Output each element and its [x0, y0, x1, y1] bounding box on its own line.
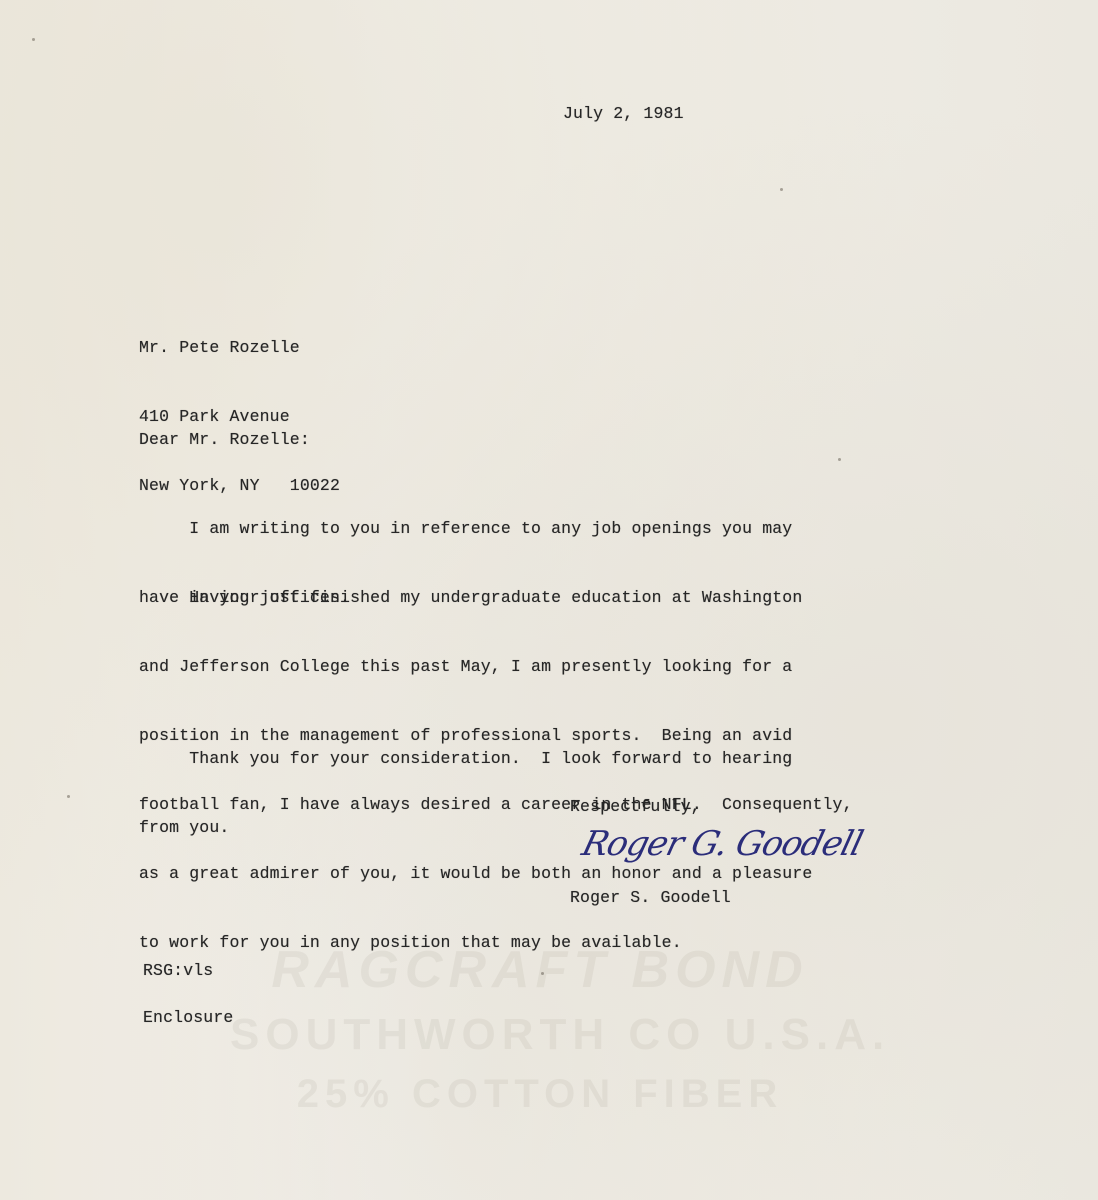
paper-speck — [838, 458, 841, 461]
salutation: Dear Mr. Rozelle: — [139, 428, 310, 451]
watermark-line: SOUTHWORTH CO U.S.A. — [230, 1005, 850, 1065]
paragraph-line: I am writing to you in reference to any … — [139, 517, 792, 540]
watermark-line: 25% COTTON FIBER — [230, 1065, 850, 1123]
closing: Respectfully, — [570, 795, 701, 818]
paper-speck — [780, 188, 783, 191]
letter-date: July 2, 1981 — [563, 102, 684, 125]
reference-initials: RSG:vls — [143, 959, 213, 982]
paper-speck — [32, 38, 35, 41]
paper-speck — [67, 795, 70, 798]
paragraph-line: and Jefferson College this past May, I a… — [139, 655, 853, 678]
paragraph-line: Having just finished my undergraduate ed… — [139, 586, 853, 609]
typed-signer-name: Roger S. Goodell — [570, 886, 731, 909]
paper-speck — [541, 972, 544, 975]
letter-page: RAGCRAFT BOND SOUTHWORTH CO U.S.A. 25% C… — [0, 0, 1098, 1200]
paragraph-line: to work for you in any position that may… — [139, 931, 853, 954]
paragraph-line: Thank you for your consideration. I look… — [139, 747, 792, 770]
recipient-street: 410 Park Avenue — [139, 405, 340, 428]
handwritten-signature: Roger G. Goodell — [578, 824, 866, 864]
enclosure-note: Enclosure — [143, 1006, 233, 1029]
recipient-name: Mr. Pete Rozelle — [139, 336, 340, 359]
